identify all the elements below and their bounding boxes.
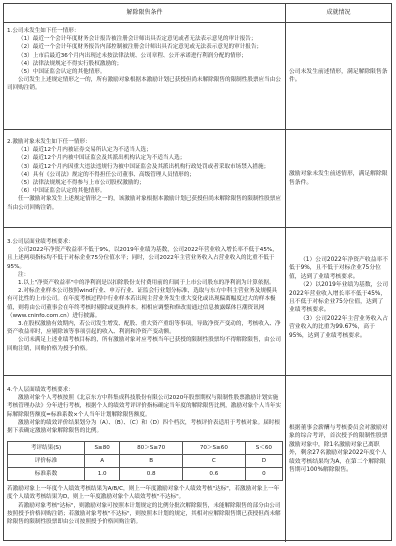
score-cell: 1.0 (85, 468, 120, 481)
table-row: 3.公司层面业绩考核要求： 公司2022年净资产收益率不低于9%，以2019年业… (4, 228, 391, 376)
condition-item: （5）法律法规规定不得参与上市公司股权激励的； (7, 179, 282, 187)
table-row: 1.公司未发生如下任一情形： （1）最近一个会计年度财务会计报告被注册会计师出具… (4, 23, 391, 130)
condition-item: （3）最近12个月内因重大违法违规行为被中国证监会及其派出机构行政处罚或者采取市… (7, 163, 282, 171)
condition-item: 激励对象的绩效评价结果划分为（A）、（B）、（C）和（D）四个档次，考核评价表适… (7, 419, 282, 435)
score-cell: 0 (245, 468, 282, 481)
score-row-coefficient: 标准系数 1.0 0.8 0.6 0 (8, 468, 283, 481)
score-cell: 0.6 (183, 468, 246, 481)
score-cell: D (245, 455, 282, 468)
condition-item: 任一激励对象发生上述规定情形之一的，该激励对象根据本激励计划已获授但尚未解除限售… (7, 195, 282, 211)
condition-title: 1.公司未发生如下任一情形： (7, 27, 282, 35)
score-cell: A (85, 455, 120, 468)
status-cell: 公司未发生前述情形，满足解除限售条件。 (286, 23, 391, 129)
condition-title: 2.激励对象未发生如下任一情形： (7, 138, 282, 146)
status-text: （2）以2019年业绩为基数，公司2022年营业收入增长率不低于45%，且不低于… (289, 281, 388, 315)
condition-item: （2）最近一个会计年度财务报告内部控制被注册会计师出具否定意见或无法表示意见的审… (7, 43, 282, 51)
condition-item: 公司2022年净资产收益率不低于9%，以2019年业绩为基数，公司2022年营业… (7, 246, 282, 271)
status-cell: 激励对象未发生前述情形，满足解除限售条件。 (286, 130, 391, 227)
score-table: 考评结果(S) S≥80 80＞S≥70 70＞S≥60 S＜60 评价标准 A… (7, 441, 283, 481)
status-text: （1）公司2022年净资产收益率不低于9%，且不低于对标企业75分位值，达到了业… (289, 256, 388, 281)
condition-item: （4）具有《公司法》规定的不得担任公司董事、高级管理人员情形的； (7, 171, 282, 179)
condition-cell: 2.激励对象未发生如下任一情形： （1）最近12个月内被证券交易所认定为不适当人… (4, 130, 286, 227)
condition-cell: 4.个人层面绩效考核要求： 激励对象个人考核按照《北京东方中科集成科技股份有限公… (4, 376, 286, 542)
condition-item: 注： (7, 271, 282, 279)
condition-item: （1）最近12个月内被证券交易所认定为不适当人选； (7, 146, 282, 154)
condition-item: （5）中国证监会认定的其他情形。 (7, 68, 282, 76)
score-cell: 评价标准 (8, 455, 85, 468)
header-condition: 解除限售条件 (4, 4, 286, 22)
unlock-conditions-table: 解除限售条件 成就情况 1.公司未发生如下任一情形： （1）最近一个会计年度财务… (3, 3, 392, 541)
status-text: 激励对象未发生前述情形，满足解除限售条件。 (289, 170, 388, 187)
condition-item: （6）中国证监会认定的其他情形。 (7, 187, 282, 195)
score-cell: 标准系数 (8, 468, 85, 481)
status-cell: 根据董事会薪酬与考核委员会对激励对象的综合考评，首次授予的限制性股票激励对象中，… (286, 376, 391, 542)
status-text: 根据董事会薪酬与考核委员会对激励对象的综合考评，首次授予的限制性股票激励对象中，… (289, 424, 388, 474)
score-row-grade: 评价标准 A B C D (8, 455, 283, 468)
condition-item: （2）最近12个月内被中国证监会及其派出机构认定为不适当人选； (7, 154, 282, 162)
score-cell: C (183, 455, 246, 468)
score-cell: B (120, 455, 183, 468)
table-row: 2.激励对象未发生如下任一情形： （1）最近12个月内被证券交易所认定为不适当人… (4, 130, 391, 228)
condition-title: 4.个人层面绩效考核要求： (7, 386, 282, 394)
score-row-result: 考评结果(S) S≥80 80＞S≥70 70＞S≥60 S＜60 (8, 442, 283, 455)
header-status: 成就情况 (286, 4, 391, 22)
score-cell: S＜60 (245, 442, 282, 455)
table-row: 4.个人层面绩效考核要求： 激励对象个人考核按照《北京东方中科集成科技股份有限公… (4, 376, 391, 542)
score-cell: S≥80 (85, 442, 120, 455)
condition-title: 3.公司层面业绩考核要求： (7, 238, 282, 246)
condition-cell: 3.公司层面业绩考核要求： 公司2022年净资产收益率不低于9%，以2019年业… (4, 228, 286, 375)
score-cell: 0.8 (120, 468, 183, 481)
condition-cell: 1.公司未发生如下任一情形： （1）最近一个会计年度财务会计报告被注册会计师出具… (4, 23, 286, 129)
score-cell: 80＞S≥70 (120, 442, 183, 455)
condition-item: 2.对标企业样本公司按照wind行业、申万行业、证监会行业划分标准，选取与东方中… (7, 287, 282, 320)
condition-item: 激励对象个人考核按照《北京东方中科集成科技股份有限公司2020年股票期权与限制性… (7, 394, 282, 419)
condition-item: 若激励对象上一年度个人绩效考核结果为A/B/C，则上一年度激励对象个人绩效考核"… (7, 485, 282, 501)
score-cell: 考评结果(S) (8, 442, 85, 455)
score-cell: 70＞S≥60 (183, 442, 246, 455)
table-header: 解除限售条件 成就情况 (4, 4, 391, 23)
status-text: 公司未发生前述情形，满足解除限售条件。 (289, 68, 388, 85)
status-cell: （1）公司2022年净资产收益率不低于9%，且不低于对标企业75分位值，达到了业… (286, 228, 391, 375)
condition-item: 公司未满足上述业绩考核目标的，所有激励对象对应考核当年已获授的限制性股票均不得解… (7, 336, 282, 352)
condition-item: 若激励对象考核"达标"，则激励对象可按照本计划规定的比例分批次解除限售，未能解除… (7, 502, 282, 527)
status-text: （3）公司2022年主营业务收入占营业收入的比重为99.67%，高于95%，达到… (289, 315, 388, 340)
condition-item: （4）法律法规规定不得实行股权激励的； (7, 60, 282, 68)
condition-item: 公司发生上述规定情形之一的，所有激励对象根据本激励计划已获授但尚未解除限售的限制… (7, 76, 282, 92)
condition-item: （3）上市后最近36个月内出现过未按法律法规、公司章程、公开承诺进行利润分配的情… (7, 52, 282, 60)
condition-item: 3.在股权激励有效期内，若公司发生增发、配股、重大资产重组等事项，导致净资产变动… (7, 320, 282, 336)
condition-item: 1.以上"净资产收益率"中的净利润是以扣除股份支付费用前的归属于上市公司股东的净… (7, 279, 282, 287)
condition-item: （1）最近一个会计年度财务会计报告被注册会计师出具否定意见或者无法表示意见的审计… (7, 35, 282, 43)
